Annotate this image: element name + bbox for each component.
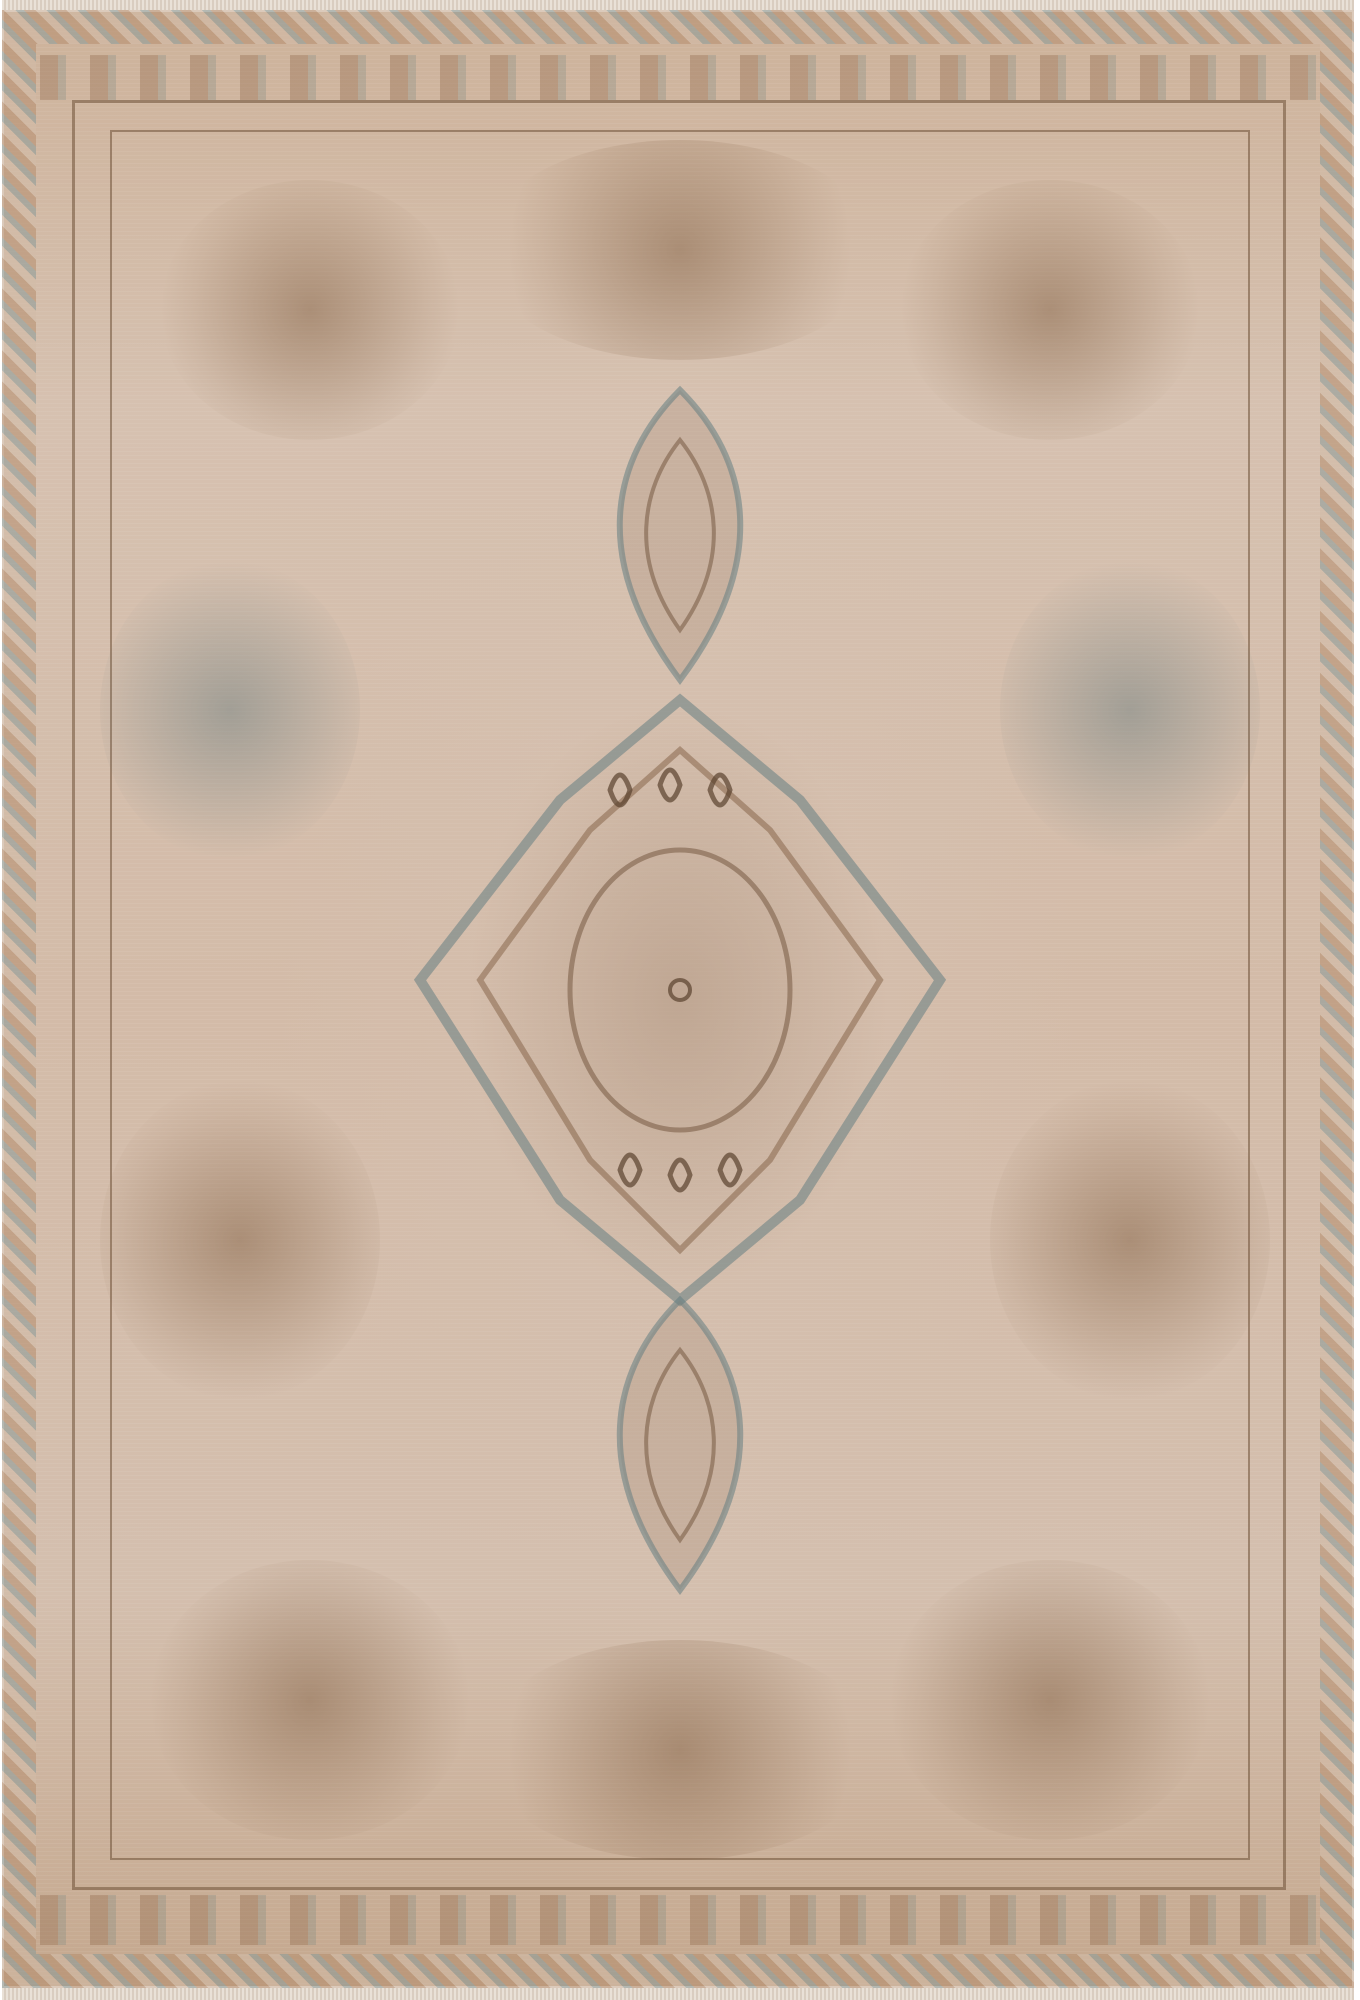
corner-motif-bottom-left (150, 1560, 470, 1840)
bottom-pendant (550, 1290, 810, 1610)
side-motif-right-lower (990, 1080, 1270, 1400)
corner-motif-top-right (900, 180, 1200, 440)
central-medallion (380, 680, 980, 1320)
side-motif-left-upper (100, 560, 360, 860)
side-motif-right-upper (1000, 560, 1260, 860)
rug-fringe-bottom (2, 1988, 1354, 2000)
corner-motif-top-left (160, 180, 460, 440)
corner-motif-bottom-right (890, 1560, 1210, 1840)
side-motif-left-lower (100, 1080, 380, 1400)
top-pendant (550, 380, 810, 700)
rug-top-band (40, 55, 1320, 100)
field-motif-upper-center (480, 140, 880, 360)
rug-bottom-band (40, 1895, 1320, 1945)
field-motif-lower-center (480, 1640, 880, 1860)
